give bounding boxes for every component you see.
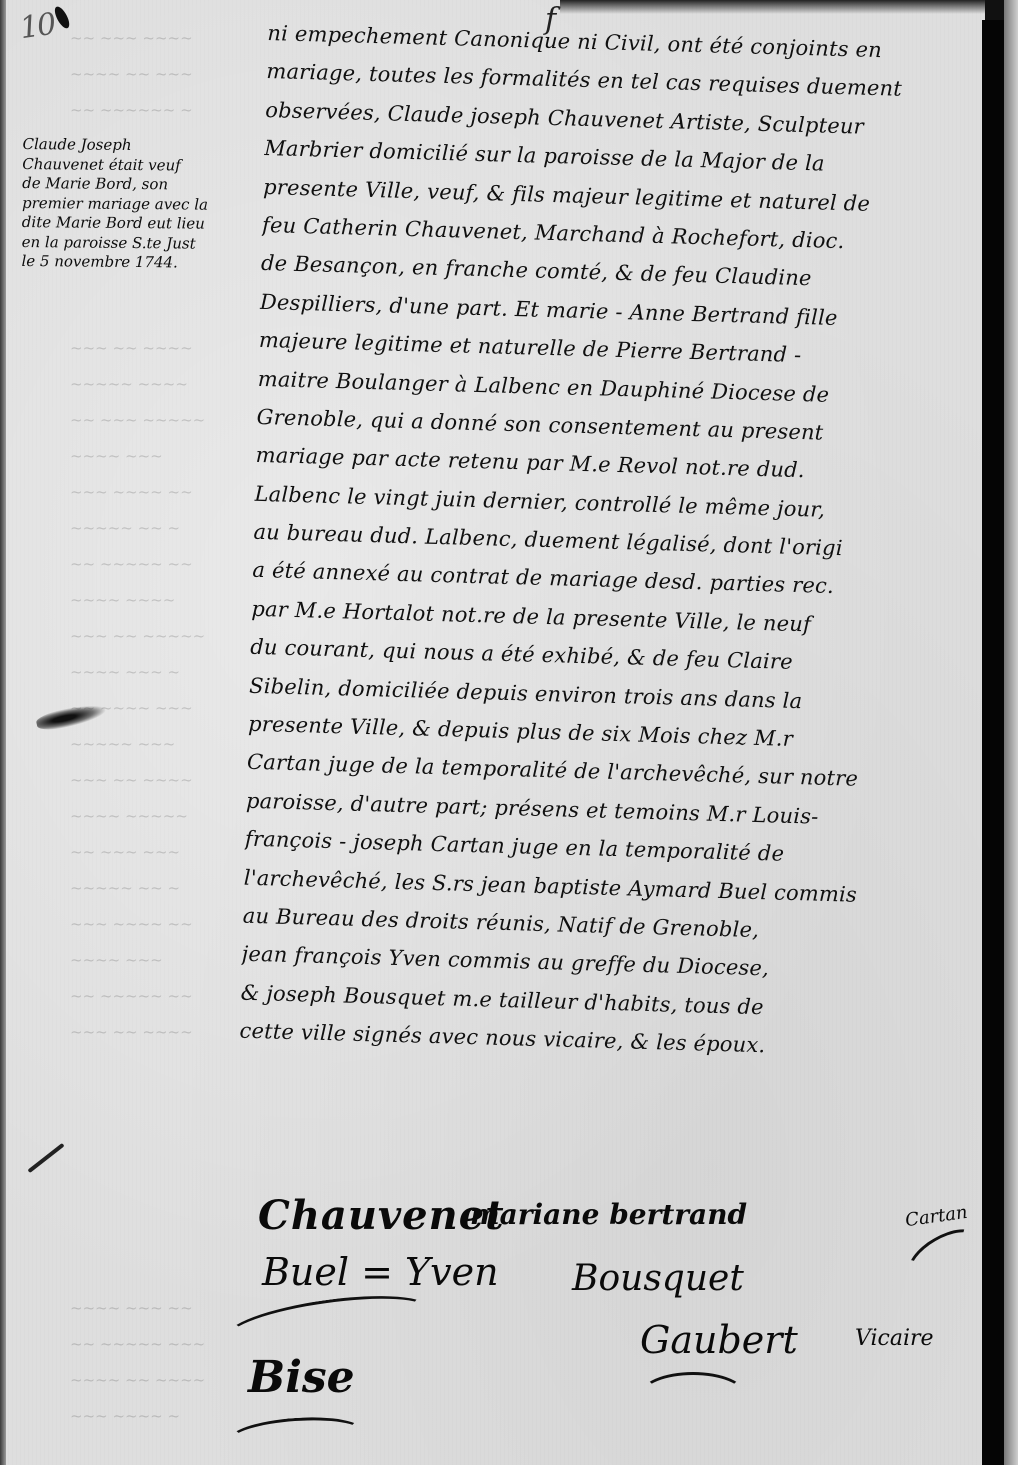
page-number-mark: 10 bbox=[18, 5, 71, 46]
signature-witness-bise: Bise bbox=[248, 1352, 355, 1403]
manuscript-page: 10 f ~~ ~~~ ~~~~ ~~~~ ~~ ~~~ ~~ ~~~~~~ ~… bbox=[0, 0, 1018, 1465]
page-top-shadow bbox=[560, 0, 1018, 14]
signature-flourish bbox=[640, 1372, 746, 1418]
page-number-text: 10 bbox=[18, 7, 57, 46]
signature-flourish bbox=[227, 1413, 365, 1458]
binding-gutter bbox=[982, 20, 1004, 1465]
signature-witness-yven: Buel = Yven bbox=[262, 1250, 499, 1294]
bleed-through-text: ~~~ ~~ ~~~~ ~~~~~ ~~~~ ~~ ~~~ ~~~~~ ~~~~… bbox=[70, 330, 240, 1050]
facing-page-edge bbox=[1004, 0, 1018, 1465]
margin-note-line: le 5 novembre 1744. bbox=[21, 252, 246, 273]
margin-note-line: premier mariage avec la bbox=[22, 194, 247, 215]
signature-witness-cartan: Cartan bbox=[904, 1202, 969, 1232]
signature-groom: Chauvenet bbox=[258, 1192, 505, 1239]
margin-note-line: Chauvenet était veuf bbox=[22, 155, 247, 176]
margin-note-line: de Marie Bord, son bbox=[22, 174, 247, 195]
signature-officiant: Gaubert bbox=[640, 1318, 798, 1362]
page-left-edge-shadow bbox=[0, 0, 6, 1465]
margin-note-line: en la paroisse S.te Just bbox=[22, 233, 247, 254]
signature-officiant-title: Vicaire bbox=[855, 1326, 934, 1351]
signature-flourish bbox=[223, 1286, 433, 1360]
signature-flourish bbox=[901, 1219, 985, 1288]
signature-witness-bousquet: Bousquet bbox=[572, 1258, 744, 1299]
margin-annotation: Claude Joseph Chauvenet était veuf de Ma… bbox=[21, 135, 247, 273]
margin-note-line: Claude Joseph bbox=[22, 135, 247, 156]
margin-note-line: dite Marie Bord eut lieu bbox=[22, 213, 247, 234]
bleed-through-text: ~~~~ ~~~ ~~ ~~ ~~~~~ ~~~ ~~~~ ~~ ~~~~ ~~… bbox=[70, 1290, 240, 1434]
signature-bride: mariane bertrand bbox=[470, 1198, 747, 1231]
record-body: ni empechement Canonique ni Civil, ont é… bbox=[239, 14, 986, 1070]
ink-stroke-mark bbox=[27, 1143, 64, 1173]
bleed-through-text: ~~ ~~~ ~~~~ ~~~~ ~~ ~~~ ~~ ~~~~~~ ~ bbox=[70, 20, 240, 128]
